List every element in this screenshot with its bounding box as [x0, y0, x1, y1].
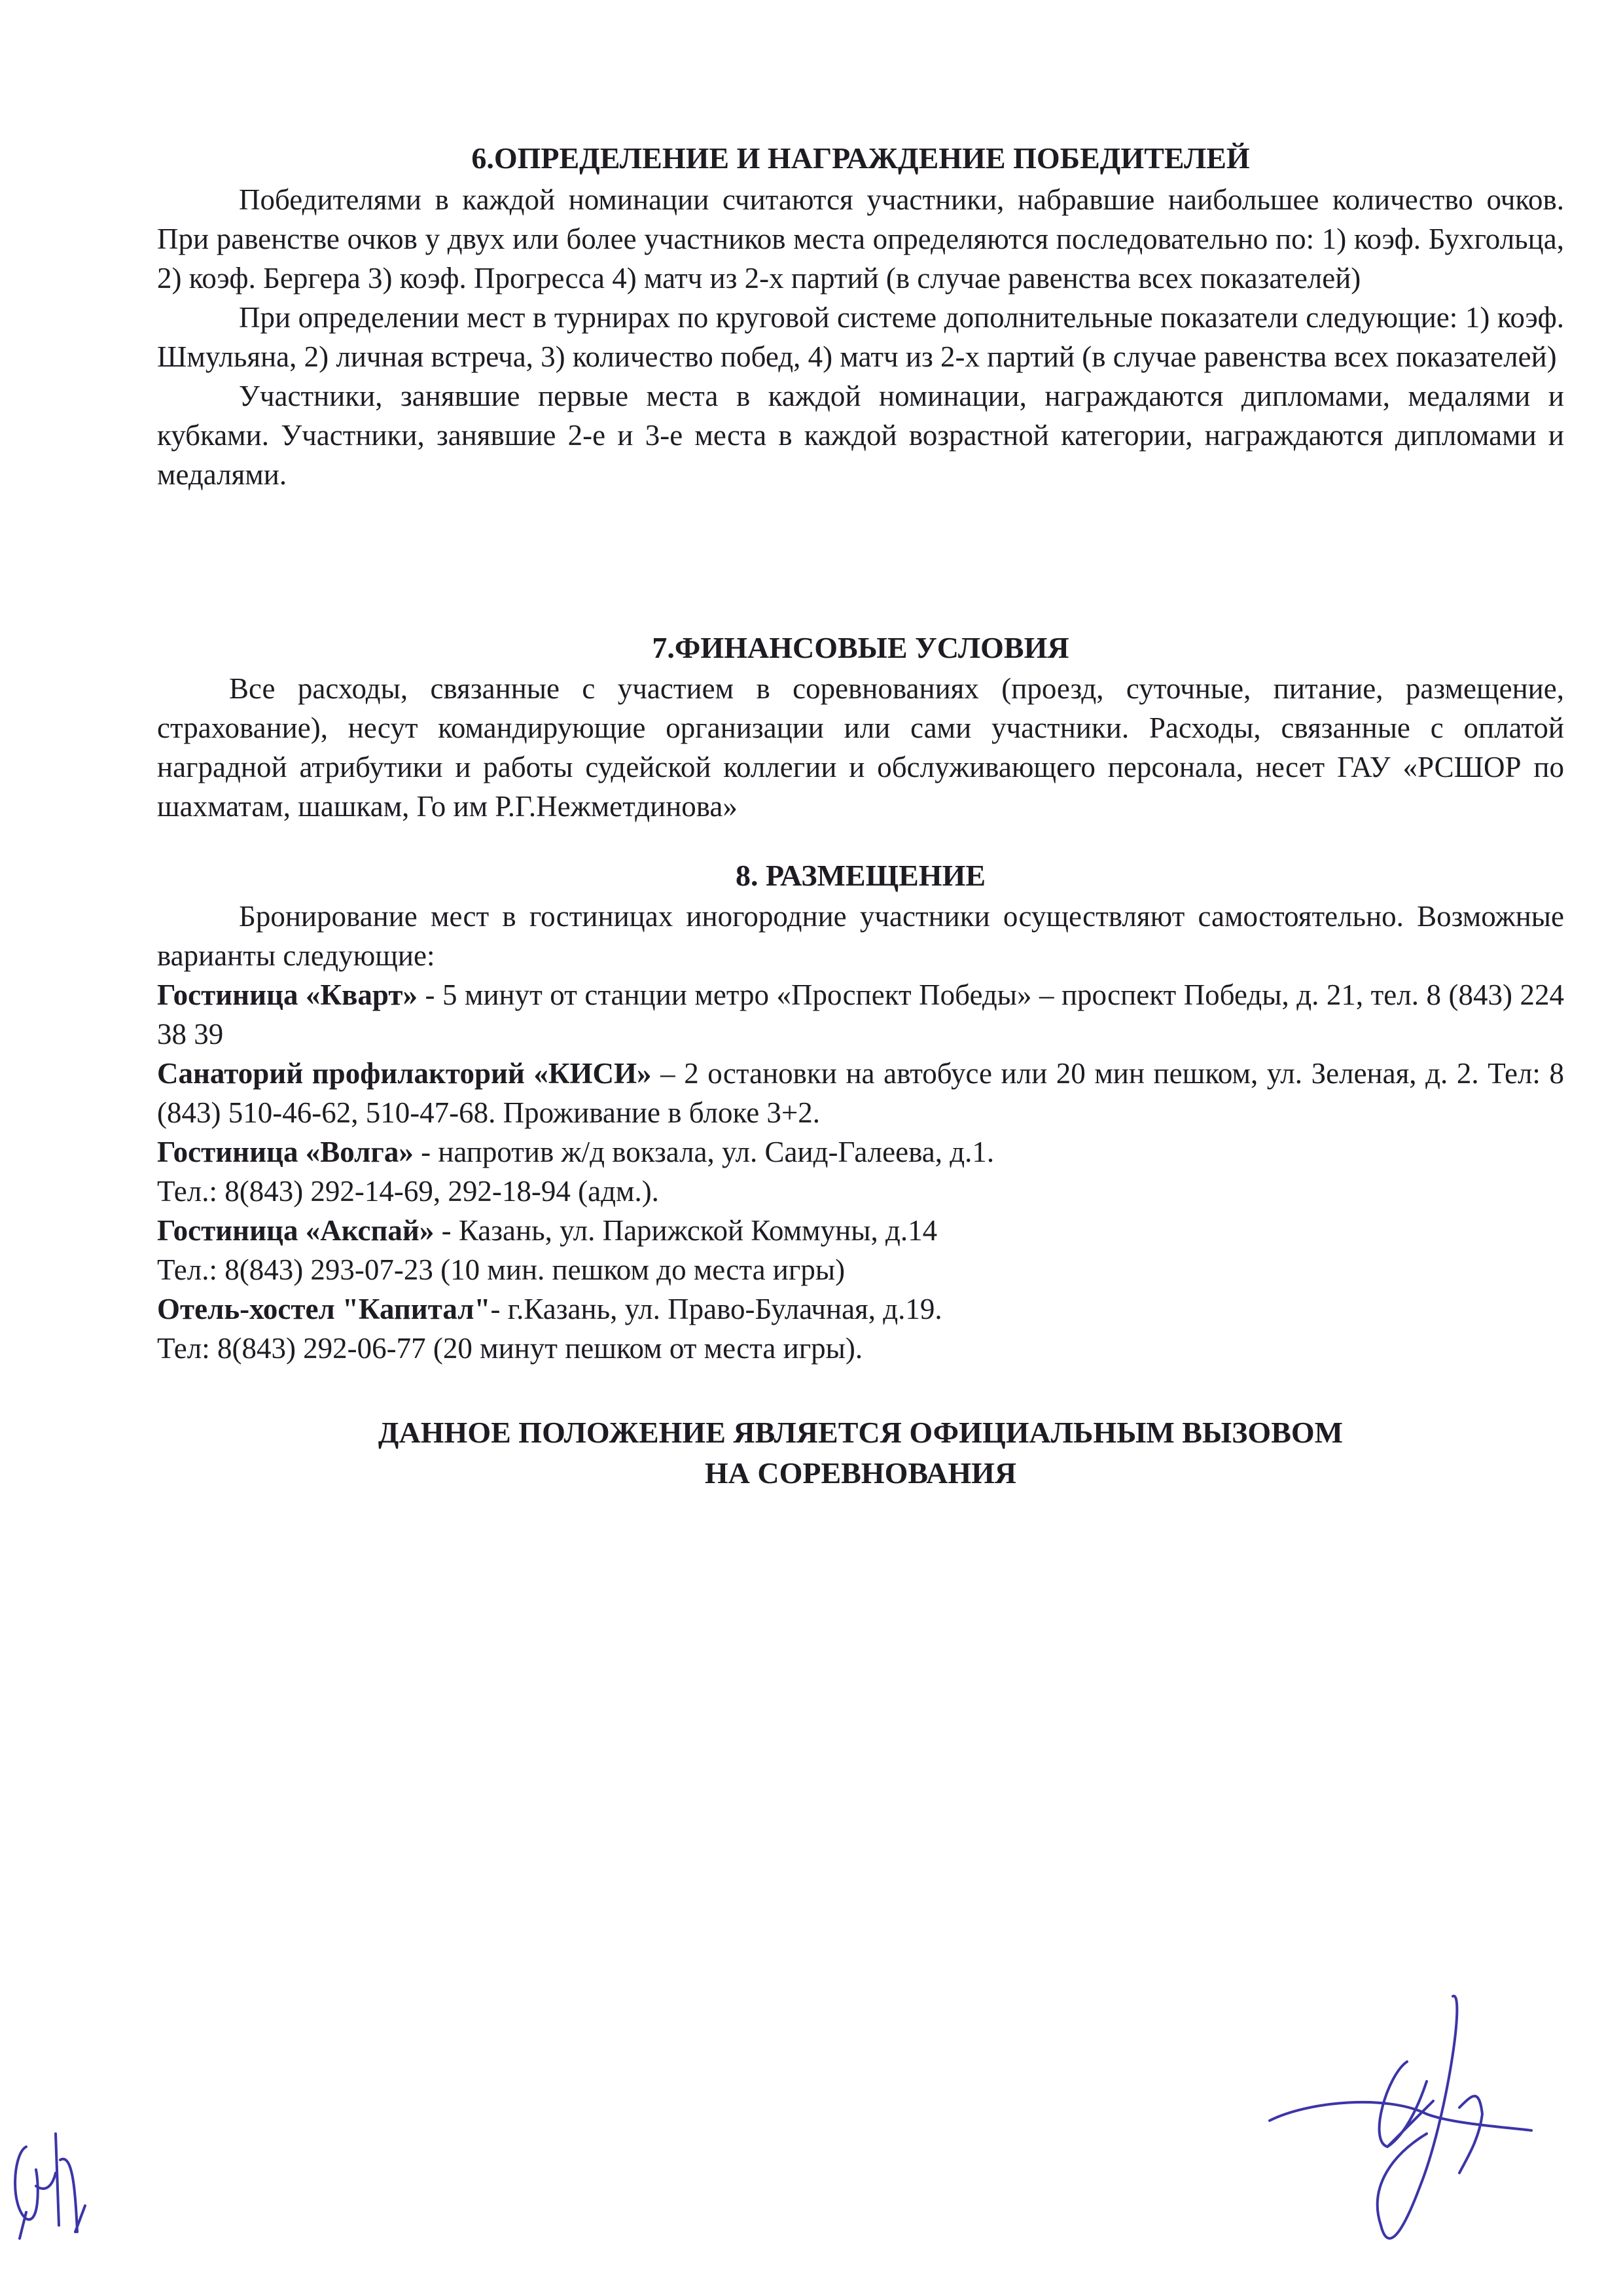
closing-line-2: НА СОРЕВНОВАНИЯ	[157, 1453, 1564, 1494]
signature-stroke	[15, 2134, 85, 2238]
hotel-entry: Отель-хостел "Капитал"- г.Казань, ул. Пр…	[157, 1289, 1564, 1368]
winners-paragraph: Победителями в каждой номинации считаютс…	[157, 180, 1564, 298]
initials-signature-icon	[0, 2108, 170, 2251]
section-6-heading-block: 6.ОПРЕДЕЛЕНИЕ И НАГРАЖДЕНИЕ ПОБЕДИТЕЛЕЙ	[157, 139, 1564, 178]
section-8-heading-block: 8. РАЗМЕЩЕНИЕ	[157, 856, 1564, 895]
hotel-details: - г.Казань, ул. Право-Булачная, д.19.	[491, 1293, 942, 1325]
closing-statement: ДАННОЕ ПОЛОЖЕНИЕ ЯВЛЯЕТСЯ ОФИЦИАЛЬНЫМ ВЫ…	[157, 1412, 1564, 1494]
hotel-phone: Тел.: 8(843) 292-14-69, 292-18-94 (адм.)…	[157, 1172, 1564, 1211]
hotel-name: Гостиница «Кварт»	[157, 978, 418, 1011]
section-8-body: Бронирование мест в гостиницах иногородн…	[157, 897, 1564, 1368]
closing-line-1: ДАННОЕ ПОЛОЖЕНИЕ ЯВЛЯЕТСЯ ОФИЦИАЛЬНЫМ ВЫ…	[157, 1412, 1564, 1453]
section-6-title: 6.ОПРЕДЕЛЕНИЕ И НАГРАЖДЕНИЕ ПОБЕДИТЕЛЕЙ	[157, 139, 1564, 178]
round-robin-paragraph: При определении мест в турнирах по круго…	[157, 298, 1564, 376]
section-8-title: 8. РАЗМЕЩЕНИЕ	[157, 856, 1564, 895]
hotel-phone: Тел: 8(843) 292-06-77 (20 минут пешком о…	[157, 1329, 1564, 1368]
finance-paragraph: Все расходы, связанные с участием в соре…	[157, 669, 1564, 826]
hotel-name: Гостиница «Акспай»	[157, 1214, 434, 1247]
section-7-title: 7.ФИНАНСОВЫЕ УСЛОВИЯ	[157, 628, 1564, 668]
hotel-phone: Тел.: 8(843) 293-07-23 (10 мин. пешком д…	[157, 1250, 1564, 1289]
hotel-entry: Гостиница «Волга» - напротив ж/д вокзала…	[157, 1132, 1564, 1211]
hotel-details: - напротив ж/д вокзала, ул. Саид-Галеева…	[414, 1136, 994, 1168]
hotel-name: Гостиница «Волга»	[157, 1136, 414, 1168]
hotel-entry: Санаторий профилакторий «КИСИ» – 2 остан…	[157, 1054, 1564, 1132]
hotel-details: - Казань, ул. Парижской Коммуны, д.14	[434, 1214, 937, 1247]
awards-paragraph: Участники, занявшие первые места в каждо…	[157, 376, 1564, 494]
section-7-heading-block: 7.ФИНАНСОВЫЕ УСЛОВИЯ	[157, 628, 1564, 668]
hotel-name: Отель-хостел "Капитал"	[157, 1293, 491, 1325]
section-6-body: Победителями в каждой номинации считаютс…	[157, 180, 1564, 494]
hotel-entry: Гостиница «Кварт» - 5 минут от станции м…	[157, 975, 1564, 1054]
signature-stroke	[1270, 1996, 1531, 2238]
accommodation-intro: Бронирование мест в гостиницах иногородн…	[157, 897, 1564, 975]
hotel-name: Санаторий профилакторий «КИСИ»	[157, 1057, 652, 1090]
official-signature-icon	[1257, 1990, 1564, 2265]
section-7-body: Все расходы, связанные с участием в соре…	[157, 669, 1564, 826]
hotel-entry: Гостиница «Акспай» - Казань, ул. Парижск…	[157, 1211, 1564, 1289]
